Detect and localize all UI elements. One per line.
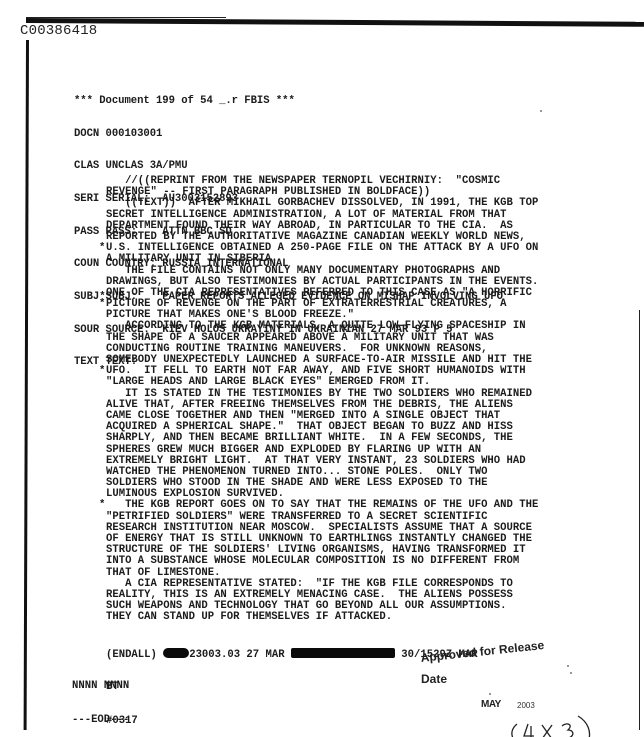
body-text: WATCHED THE PHENOMENON TURNED INTO... ST… bbox=[106, 466, 487, 478]
body-text: ALIVE THAT, AFTER FREEING THEMSELVES FRO… bbox=[106, 399, 513, 411]
body-text: RESEARCH INSTITUTION NEAR MOSCOW. SPECIA… bbox=[106, 522, 532, 534]
endall-code: 23003.03 27 MAR bbox=[189, 649, 291, 661]
body-text: THE KGB REPORT GOES ON TO SAY THAT THE R… bbox=[106, 499, 538, 511]
body-text: ONE OF THE CIA REPRESENTATIVES REFERRED … bbox=[106, 287, 532, 299]
message-number: #0317 bbox=[106, 716, 478, 727]
body-text: THAT OF LIMESTONE. bbox=[106, 567, 220, 579]
scan-artifact bbox=[567, 665, 569, 667]
body-text: ((TEXT)) AFTER MIKHAIL GORBACHEV DISSOLV… bbox=[106, 197, 538, 209]
body-text: A CIA REPRESENTATIVE STATED: "IF THE KGB… bbox=[106, 578, 513, 590]
margin-asterisk: * bbox=[99, 299, 105, 310]
body-text: SHARPLY, AND THEN BECAME BRILLIANT WHITE… bbox=[106, 432, 513, 444]
body-text: SUCH WEAPONS AND TECHNOLOGY THAT GO BEYO… bbox=[106, 600, 507, 612]
body-text-line: THEY CAN STAND UP FOR THEMSELVES IF ATTA… bbox=[106, 612, 538, 623]
document-body: //((REPRINT FROM THE NEWSPAPER TERNOPIL … bbox=[106, 176, 538, 624]
right-margin-rule bbox=[639, 310, 640, 730]
margin-asterisk: * bbox=[99, 500, 105, 511]
scan-artifact bbox=[540, 110, 542, 112]
body-text: THE SHAPE OF A SAUCER APPEARED ABOVE A M… bbox=[106, 332, 494, 344]
document-footer: NNNN NNNN ---EOD--- bbox=[72, 659, 129, 737]
body-text: OF ENERGY THAT IS STILL UNKNOWN TO EARTH… bbox=[106, 533, 532, 545]
stamp-date-label: Date bbox=[421, 672, 447, 686]
body-text: ACQUIRED A SPHERICAL SHAPE." THAT OBJECT… bbox=[106, 421, 513, 433]
field-clas: CLAS UNCLAS 3A/PMU bbox=[74, 161, 503, 172]
body-text: CONDUCTING ROUTINE TRAINING MANEUVERS. F… bbox=[106, 343, 487, 355]
body-text: INTO A SUBSTANCE WHOSE MOLECULAR COMPOSI… bbox=[106, 555, 519, 567]
redaction-block bbox=[291, 648, 395, 658]
redaction-block bbox=[163, 648, 189, 658]
left-margin-rule bbox=[24, 40, 29, 730]
body-text: REALITY, THIS IS AN EXTREMELY MENACING C… bbox=[106, 589, 513, 601]
body-text: PICTURE OF REVENGE ON THE PART OF EXTRAT… bbox=[106, 298, 507, 310]
body-text: THEY CAN STAND UP FOR THEMSELVES IF ATTA… bbox=[106, 611, 392, 623]
body-text: ACCORDING TO THE KGB MATERIALS, A QUITE … bbox=[106, 320, 526, 332]
margin-asterisk: * bbox=[99, 366, 105, 377]
body-text: //((REPRINT FROM THE NEWSPAPER TERNOPIL … bbox=[106, 175, 500, 187]
body-text: REVENGE" -- FIRST PARAGRAPH PUBLISHED IN… bbox=[106, 186, 430, 198]
body-text: LUMINOUS EXPLOSION SURVIVED. bbox=[106, 488, 284, 500]
stamp-month: MAY bbox=[481, 699, 501, 710]
body-text: SOMEBODY UNEXPECTEDLY LAUNCHED A SURFACE… bbox=[106, 354, 532, 366]
body-text: SECRET INTELLIGENCE ADMINISTRATION, A LO… bbox=[106, 209, 507, 221]
body-text: EXTREMELY BRIGHT LIGHT. AT THAT VERY INS… bbox=[106, 455, 526, 467]
handwritten-exemption-mark bbox=[508, 712, 608, 737]
document-id: C00386418 bbox=[20, 23, 97, 39]
body-text: CAME CLOSE TOGETHER AND THEN "MERGED INT… bbox=[106, 410, 500, 422]
body-text: "PETRIFIED SOLDIERS" WERE TRANSFERRED TO… bbox=[106, 511, 487, 523]
body-text: "LARGE HEADS AND LARGE BLACK EYES" EMERG… bbox=[106, 376, 430, 388]
scan-artifact bbox=[570, 672, 572, 674]
document-title-line: *** Document 199 of 54 _.r FBIS *** bbox=[74, 96, 503, 107]
field-docn: DOCN 000103001 bbox=[74, 129, 503, 140]
body-text: STRUCTURE OF THE SOLDIERS' LIVING ORGANI… bbox=[106, 544, 526, 556]
top-rule bbox=[26, 18, 644, 27]
body-text: DEPARTMENT FOUND THEIR WAY ABROAD, IN PA… bbox=[106, 220, 513, 232]
body-text: THE FILE CONTAINS NOT ONLY MANY DOCUMENT… bbox=[106, 265, 500, 277]
body-text: DRAWINGS, BUT ALSO TESTIMONIES BY ACTUAL… bbox=[106, 276, 538, 288]
body-text: PICTURE THAT MAKES ONE'S BLOOD FREEZE." bbox=[106, 309, 354, 321]
body-text: A MILITARY UNIT IN SIBERIA. bbox=[106, 253, 278, 265]
stamp-year: 2003 bbox=[517, 701, 535, 710]
body-text: SPHERES GREW MUCH BIGGER AND EXPLODED BY… bbox=[106, 444, 481, 456]
body-text: REPORTED BY THE AUTHORITATIVE MAGAZINE C… bbox=[106, 231, 526, 243]
body-text: U.S. INTELLIGENCE OBTAINED A 250-PAGE FI… bbox=[106, 242, 538, 254]
margin-asterisk: * bbox=[99, 243, 105, 254]
body-text: IT IS STATED IN THE TESTIMONIES BY THE T… bbox=[106, 388, 532, 400]
body-text: SOLDIERS WHO STOOD IN THE SHADE AND WERE… bbox=[106, 477, 487, 489]
nnnn-line: NNNN NNNN bbox=[72, 681, 129, 692]
body-text: UFO. IT FELL TO EARTH NOT FAR AWAY, AND … bbox=[106, 365, 526, 377]
scan-artifact bbox=[489, 693, 491, 695]
eod-line: ---EOD--- bbox=[72, 715, 129, 726]
